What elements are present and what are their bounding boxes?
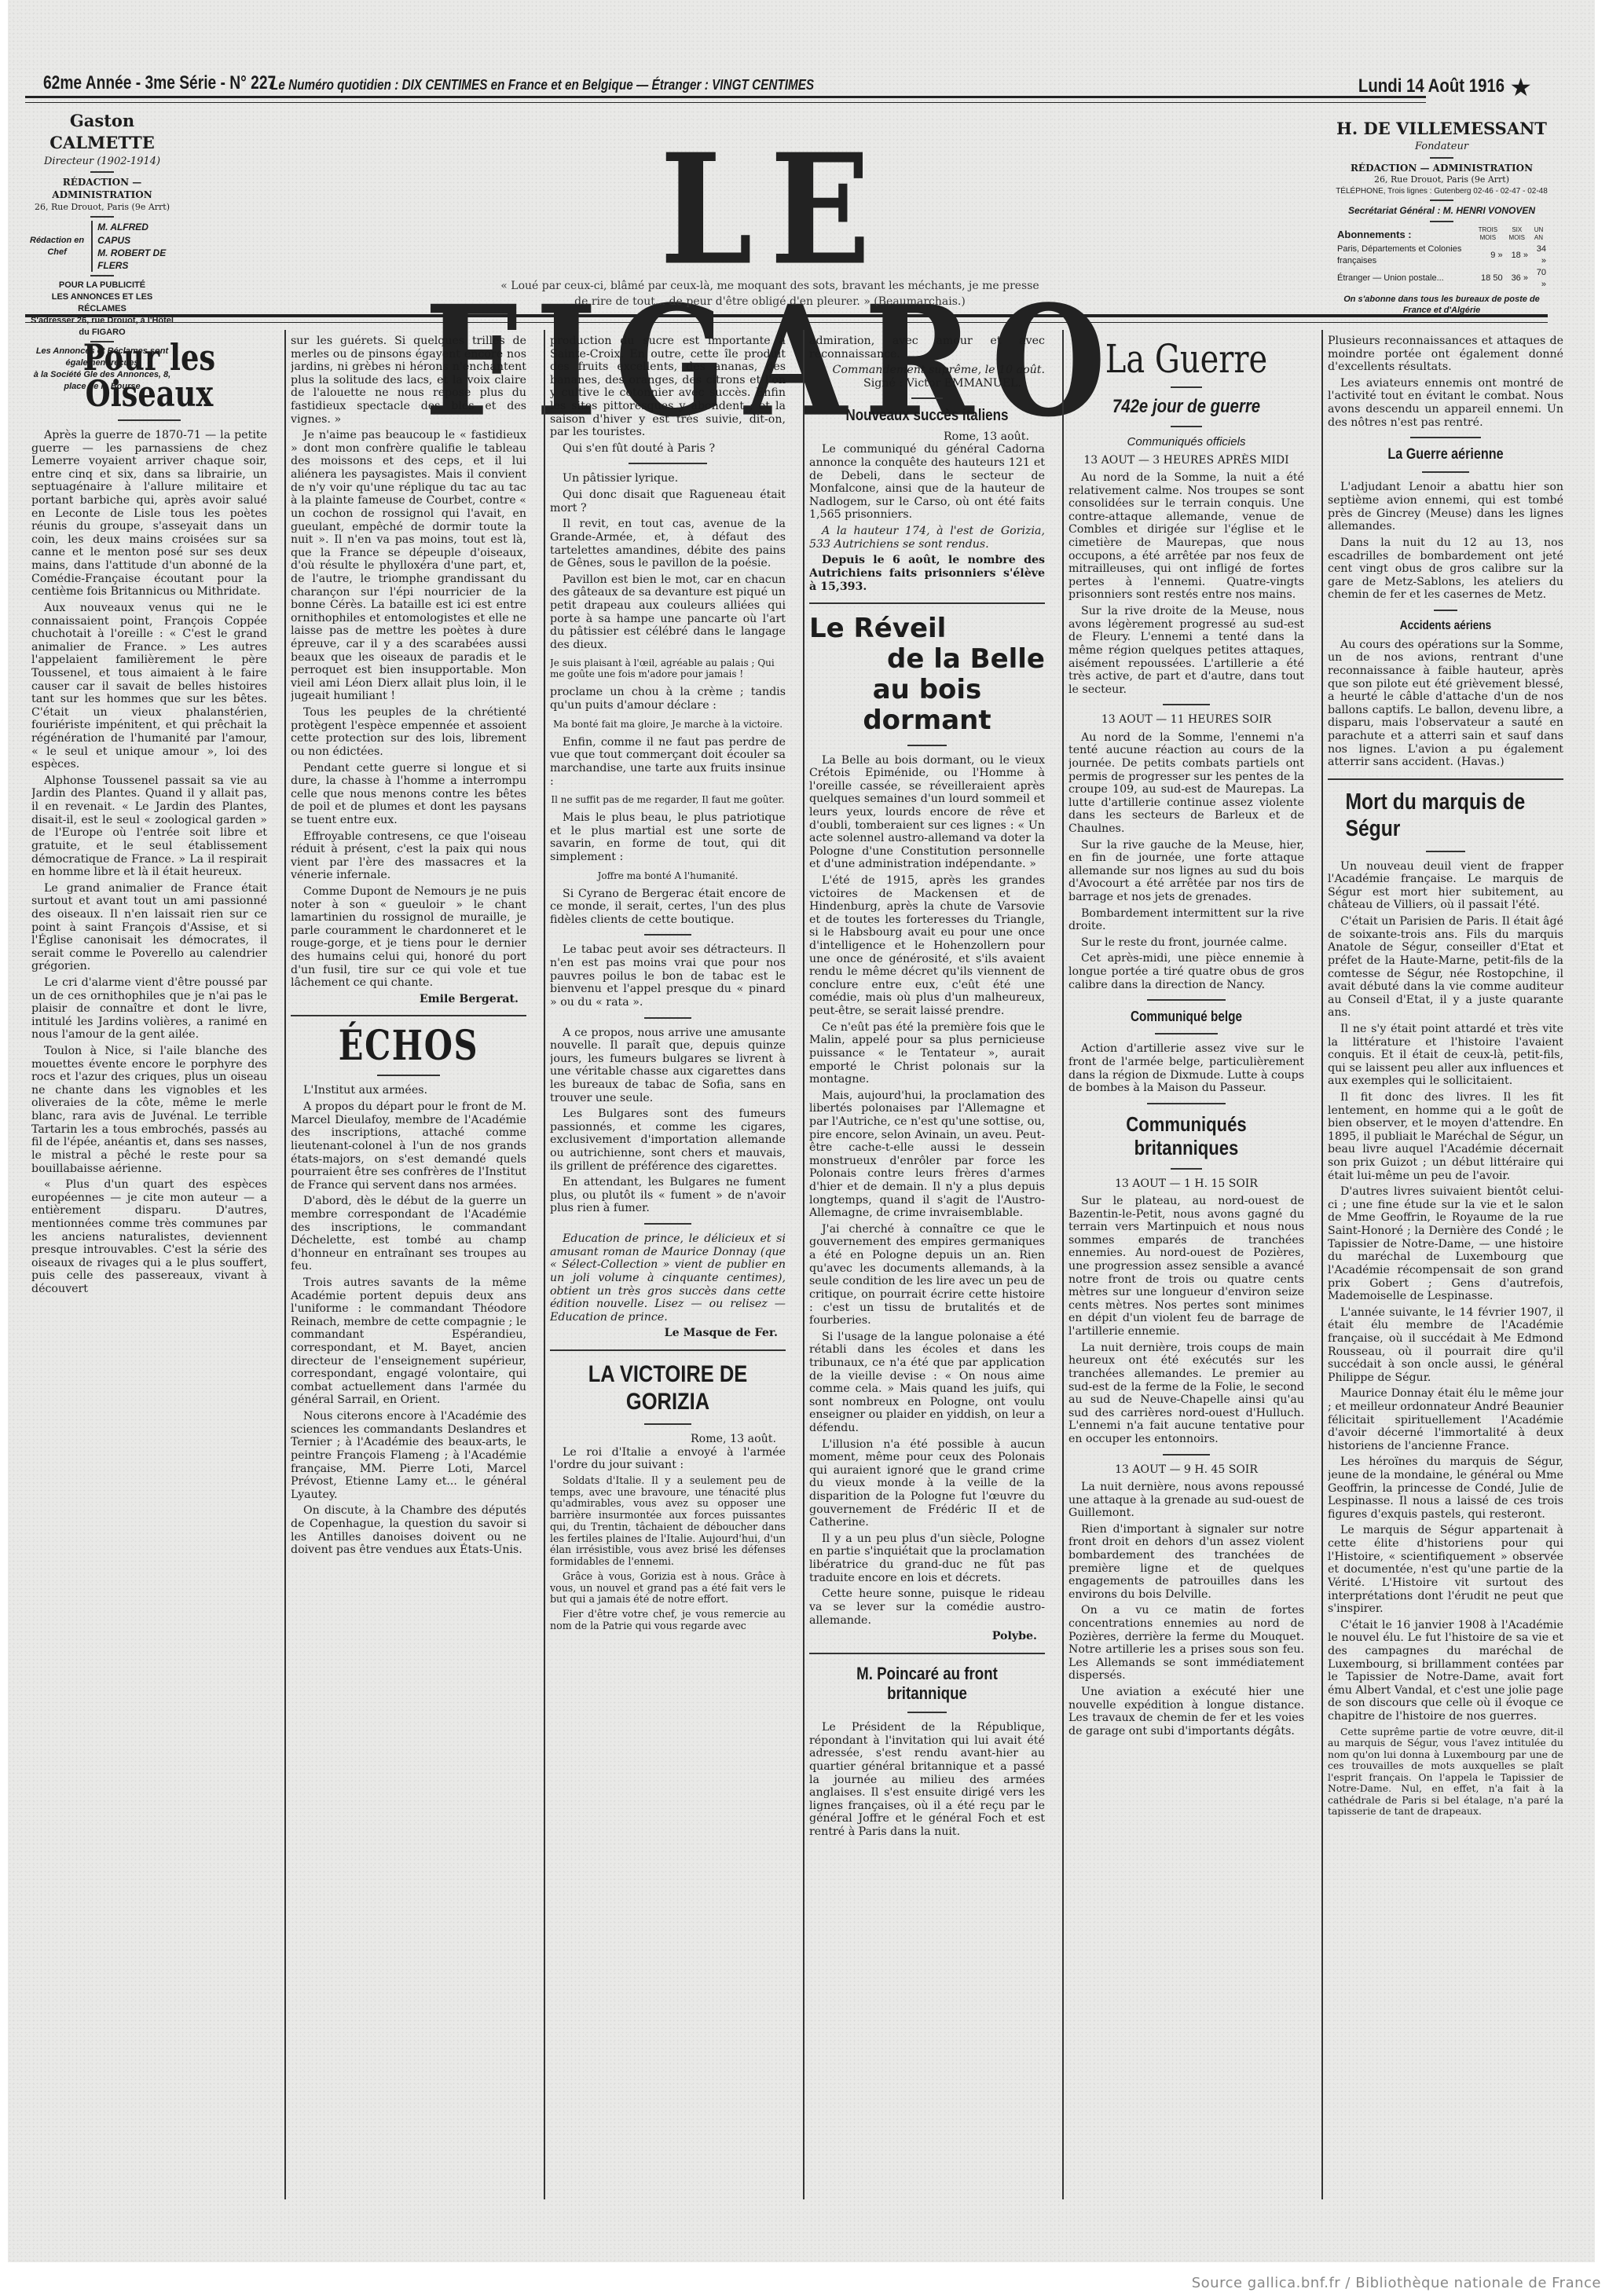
dateline: 13 AOUT — 11 HEURES SOIR (1068, 713, 1304, 726)
chef-label: Rédaction en Chef (27, 235, 86, 258)
paragraph: production du sucre est importante à Sai… (550, 335, 786, 439)
ornament-divider (907, 745, 947, 746)
ornament-divider (1410, 437, 1481, 438)
paragraph: Depuis le 6 août, le nombre des Autrichi… (809, 554, 1045, 593)
paragraph: C'était un Parisien de Paris. Il était â… (1328, 915, 1563, 1020)
paragraph: Je n'aime pas beaucoup le « fastidieux »… (291, 429, 526, 703)
headline-poincare: M. Poincaré au front britannique (827, 1664, 1028, 1704)
paragraph: Qui s'en fût douté à Paris ? (550, 442, 786, 456)
wave-divider (809, 602, 1045, 604)
ornament-divider (1147, 1103, 1226, 1104)
paragraph: Au nord de la Somme, l'ennemi n'a tenté … (1068, 731, 1304, 836)
paragraph: L'illusion n'a été possible à aucun mome… (809, 1438, 1045, 1529)
abonnements-label: Abonnements : (1336, 225, 1472, 244)
paragraph: Au cours des opérations sur la Somme, un… (1328, 639, 1563, 769)
price-cell: 18 50 (1472, 267, 1504, 291)
star-icon: ★ (1509, 72, 1532, 102)
ornament-divider (1171, 386, 1202, 388)
wave-divider (550, 1349, 786, 1351)
verse: Joffre ma bonté A l'humanité. (550, 870, 786, 881)
paragraph: Si Cyrano de Bergerac était encore de ce… (550, 888, 786, 927)
paragraph: Cette suprême partie de votre œuvre, dit… (1328, 1727, 1563, 1818)
column-rule (284, 330, 286, 2199)
price-cell: 9 » (1472, 244, 1504, 267)
paragraph: proclame un chou à la crème ; tandis qu'… (550, 686, 786, 712)
paragraph: Le grand animalier de France était surto… (31, 882, 267, 973)
headline-succes-italiens: Nouveaux succès italiens (827, 407, 1028, 425)
dateline: Rome, 13 août. (809, 430, 1029, 444)
paragraph: Les Bulgares sont des fumeurs passionnés… (550, 1108, 786, 1173)
headline-segur: Mort du marquis de Ségur (1346, 789, 1546, 843)
masthead-right: H. DE VILLEMESSANT Fondateur RÉDACTION —… (1336, 118, 1548, 317)
divider (644, 1017, 691, 1019)
paragraph: On discute, à la Chambre des députés de … (291, 1504, 526, 1556)
paragraph: Soldats d'Italie. Il y a seulement peu d… (550, 1475, 786, 1568)
divider (1163, 704, 1210, 705)
telephone: TÉLÉPHONE, Trois lignes : Gutenberg 02-4… (1336, 186, 1548, 197)
ornament-divider (1155, 1033, 1218, 1034)
dateline: 13 AOUT — 9 H. 45 SOIR (1068, 1463, 1304, 1476)
subscription-table: Abonnements : TROIS MOIS SIX MOIS UN AN … (1336, 225, 1548, 291)
subscription-note: On s'abonne dans tous les bureaux de pos… (1336, 294, 1548, 317)
subscription-row: Paris, Départements et Colonies français… (1336, 244, 1548, 267)
paragraph: L'été de 1915, après les grandes victoir… (809, 874, 1045, 1018)
paragraph: Rien d'important à signaler sur notre fr… (1068, 1523, 1304, 1602)
paragraph: Qui donc disait que Ragueneau était mort… (550, 489, 786, 514)
paragraph: D'abord, dès le début de la guerre un me… (291, 1195, 526, 1273)
paragraph: Il revit, en tout cas, avenue de la Gran… (550, 518, 786, 569)
founder-name: H. DE VILLEMESSANT (1336, 118, 1548, 140)
columns: Pour les Oiseaux Après la guerre de 1870… (31, 330, 1556, 2199)
subheading: L'Institut aux armées. (291, 1084, 526, 1097)
paragraph: Enfin, comme il ne faut pas perdre de vu… (550, 736, 786, 788)
ornament-divider (1430, 200, 1453, 201)
ornament-divider (1430, 221, 1453, 222)
wave-divider (1328, 778, 1563, 780)
column-6: Plusieurs reconnaissances et attaques de… (1328, 330, 1563, 2199)
ornament-divider (1171, 426, 1202, 427)
paragraph: Il ne s'y était point attardé et très vi… (1328, 1023, 1563, 1088)
paragraph: Action d'artillerie assez vive sur le fr… (1068, 1042, 1304, 1094)
jour-de-guerre: 742e jour de guerre (1087, 396, 1287, 418)
paragraph: En attendant, les Bulgares ne fument plu… (550, 1176, 786, 1215)
ornament-divider (1171, 1168, 1202, 1170)
column-2: sur les guérets. Si quelques trilles de … (291, 330, 526, 2199)
paragraph: Education de prince, le délicieux et si … (550, 1232, 786, 1324)
source-credit: Source gallica.bnf.fr / Bibliothèque nat… (1192, 2275, 1601, 2291)
paragraph: L'adjudant Lenoir a abattu hier son sept… (1328, 481, 1563, 533)
divider (1163, 1454, 1210, 1456)
paragraph: Toulon à Nice, si l'aile blanche des mou… (31, 1045, 267, 1175)
ornament-divider (90, 171, 114, 173)
ornament-divider (1147, 999, 1226, 1001)
paragraph: La nuit dernière, trois coups de main he… (1068, 1342, 1304, 1446)
chef-name-1: M. ALFRED CAPUS (97, 221, 177, 246)
paragraph: Le marquis de Ségur appartenait à cette … (1328, 1524, 1563, 1615)
paragraph: Les aviateurs ennemis ont montré de l'ac… (1328, 377, 1563, 429)
wave-divider (291, 1015, 526, 1016)
issue-number: 62me Année - 3me Série - N° 227 (43, 72, 276, 94)
paragraph: A propos du départ pour le front de M. M… (291, 1100, 526, 1192)
paragraph: On a vu ce matin de fortes concentration… (1068, 1604, 1304, 1683)
paragraph: Nous citerons encore à l'Académie des sc… (291, 1410, 526, 1501)
row-label: Étranger — Union postale... (1336, 267, 1472, 291)
paragraph: Comme Dupont de Nemours je ne puis noter… (291, 885, 526, 990)
paragraph: Le communiqué du général Cadorna annonce… (809, 443, 1045, 522)
headline-communique-belge: Communiqué belge (1087, 1009, 1287, 1025)
redaction-label: RÉDACTION — ADMINISTRATION (27, 176, 177, 201)
chef-name-2: M. ROBERT DE FLERS (97, 247, 177, 272)
paragraph: Il y a un peu plus d'un siècle, Pologne … (809, 1532, 1045, 1584)
signature-bergerat: Emile Bergerat. (291, 993, 519, 1006)
column-rule (803, 330, 804, 2199)
ornament-divider (907, 1712, 947, 1713)
redaction-label: RÉDACTION — ADMINISTRATION (1336, 162, 1548, 174)
paragraph: Au nord de la Somme, la nuit a été relat… (1068, 471, 1304, 602)
paragraph: C'était le 16 janvier 1908 à l'Académie … (1328, 1619, 1563, 1723)
price-cell: 34 » (1530, 244, 1548, 267)
paragraph: sur les guérets. Si quelques trilles de … (291, 335, 526, 426)
ornament-divider (377, 1075, 440, 1076)
paragraph: Grâce à vous, Gorizia est à nous. Grâce … (550, 1571, 786, 1606)
row-label: Paris, Départements et Colonies français… (1336, 244, 1472, 267)
ornament-divider (1426, 851, 1465, 852)
paragraph: Les héroïnes du marquis de Ségur, jeune … (1328, 1456, 1563, 1521)
motto: « Loué par ceux-ci, blâmé par ceux-là, m… (495, 279, 1045, 309)
divider (1434, 610, 1457, 611)
headline-echos: ÉCHOS (314, 1026, 503, 1067)
paragraph: A la hauteur 174, à l'est de Gorizia, 53… (809, 525, 1045, 551)
headline-la-guerre: La Guerre (1092, 339, 1281, 379)
ornament-divider (644, 1423, 691, 1425)
signature-polybe: Polybe. (809, 1630, 1037, 1643)
pub-line-2: LES ANNONCES ET LES RÉCLAMES (27, 291, 177, 315)
paragraph: Sur la rive droite de la Meuse, nous avo… (1068, 605, 1304, 696)
communiques-officiels: Communiqués officiels (1068, 435, 1304, 449)
director-name: Gaston CALMETTE (27, 110, 177, 155)
paragraph: Ce n'eût pas été la première fois que le… (809, 1021, 1045, 1086)
paragraph: Mais le plus beau, le plus patriotique e… (550, 811, 786, 863)
chef-names: M. ALFRED CAPUS M. ROBERT DE FLERS (91, 221, 177, 272)
paragraph: Plusieurs reconnaissances et attaques de… (1328, 335, 1563, 374)
headline-line: au bois dormant (809, 675, 1045, 736)
paragraph: Le tabac peut avoir ses détracteurs. Il … (550, 943, 786, 1009)
paragraph: Sur la rive gauche de la Meuse, hier, en… (1068, 839, 1304, 904)
signature-victor-emmanuel: Signé : Victor EMMANUEL. (809, 377, 1021, 390)
dateline: Rome, 13 août. (550, 1433, 776, 1446)
paragraph: Le roi d'Italie a envoyé à l'armée l'ord… (550, 1446, 786, 1472)
column-4: admiration, avec amour et avec reconnais… (809, 330, 1045, 2199)
signature-masque: Le Masque de Fer. (550, 1327, 778, 1340)
paragraph: Pavillon est bien le mot, car en chacun … (550, 573, 786, 652)
paragraph: Fier d'être votre chef, je vous remercie… (550, 1609, 786, 1631)
paragraph: Un nouveau deuil vient de frapper l'Acad… (1328, 860, 1563, 912)
ornament-divider (1430, 157, 1453, 159)
paragraph: Bombardement intermittent sur la rive dr… (1068, 907, 1304, 933)
paragraph: Alphonse Toussenel passait sa vie au Jar… (31, 774, 267, 879)
price-cell: 70 » (1530, 267, 1548, 291)
paragraph: Cet après-midi, une pièce ennemie à long… (1068, 952, 1304, 991)
verse: Je suis plaisant à l'œil, agréable au pa… (550, 657, 786, 679)
paragraph: A ce propos, nous arrive une amusante no… (550, 1027, 786, 1105)
col-header: TROIS MOIS (1472, 225, 1504, 244)
headline-line: de la Belle (809, 644, 1045, 675)
column-rule (544, 330, 545, 2199)
wave-divider (809, 1653, 1045, 1654)
subheading: Un pâtissier lyrique. (550, 472, 786, 485)
paragraph: Trois autres savants de la même Académie… (291, 1276, 526, 1407)
divider (644, 934, 691, 936)
ornament-divider (90, 275, 114, 276)
ornament-divider (629, 463, 707, 464)
founder-role: Fondateur (1336, 140, 1548, 154)
headline-gorizia: LA VICTOIRE DE GORIZIA (568, 1360, 768, 1415)
ornament-divider (1422, 471, 1469, 473)
paragraph: Maurice Donnay était élu le même jour ; … (1328, 1387, 1563, 1452)
paragraph: Une aviation a exécuté hier une nouvelle… (1068, 1686, 1304, 1738)
command-line: Commandement suprême, le 10 août. (809, 364, 1045, 377)
ornament-divider (118, 419, 181, 421)
paragraph: Il fit donc des livres. Il les fit lente… (1328, 1091, 1563, 1182)
paragraph: Effroyable contresens, ce que l'oiseau r… (291, 830, 526, 882)
secretariat: Secrétariat Général : M. HENRI VONOVEN (1336, 204, 1548, 217)
column-3: production du sucre est importante à Sai… (550, 330, 786, 2199)
paragraph: Dans la nuit du 12 au 13, nos escadrille… (1328, 536, 1563, 602)
paragraph: Cette heure sonne, puisque le rideau va … (809, 1587, 1045, 1627)
headline-oiseaux: Pour les Oiseaux (55, 339, 244, 412)
paragraph: Sur le plateau, au nord-ouest de Bazenti… (1068, 1195, 1304, 1338)
pub-line-1: POUR LA PUBLICITÉ (27, 280, 177, 291)
motto-line-2: de rire de tout... de peur d'être obligé… (495, 295, 1045, 310)
paragraph: La Belle au bois dormant, ou le vieux Cr… (809, 754, 1045, 871)
headline-reveil: Le Réveil de la Belle au bois dormant (809, 613, 1045, 736)
masthead-bottom-rule (25, 314, 1548, 323)
divider (644, 1223, 691, 1225)
headline-line: Le Réveil (809, 613, 1045, 644)
headline-accidents-aeriens: Accidents aériens (1346, 619, 1546, 634)
paragraph: D'autres livres suivaient bientôt celui-… (1328, 1185, 1563, 1302)
paragraph: « Plus d'un quart des espèces européenne… (31, 1178, 267, 1295)
paragraph: admiration, avec amour et avec reconnais… (809, 335, 1045, 361)
paragraph: Sur le reste du front, journée calme. (1068, 936, 1304, 950)
divider (911, 397, 943, 399)
headline-guerre-aerienne: La Guerre aérienne (1346, 446, 1546, 463)
column-5: La Guerre 742e jour de guerre Communiqué… (1068, 330, 1304, 2199)
paragraph: Pendant cette guerre si longue et si dur… (291, 762, 526, 827)
issue-date: Lundi 14 Août 1916 (1358, 75, 1505, 97)
paragraph: L'année suivante, le 14 février 1907, il… (1328, 1306, 1563, 1385)
headline-communiques-britanniques: Communiqués britanniques (1087, 1112, 1287, 1160)
top-rule (25, 96, 1426, 103)
price-cell: 36 » (1505, 267, 1530, 291)
paragraph: Aux nouveaux venus qui ne le connaissaie… (31, 602, 267, 771)
verse: Il ne suffit pas de me regarder, Il faut… (550, 794, 786, 805)
dateline: 13 AOUT — 1 H. 15 SOIR (1068, 1177, 1304, 1190)
address: 26, Rue Drouot, Paris (9e Arrt) (1336, 174, 1548, 186)
director-role: Directeur (1902-1914) (27, 155, 177, 169)
column-rule (1062, 330, 1064, 2199)
subscription-row: Étranger — Union postale... 18 50 36 » 7… (1336, 267, 1548, 291)
paragraph: La nuit dernière, nous avons repoussé un… (1068, 1481, 1304, 1520)
paragraph: Mais, aujourd'hui, la proclamation des l… (809, 1089, 1045, 1220)
column-1: Pour les Oiseaux Après la guerre de 1870… (31, 330, 267, 2199)
newspaper-page: 62me Année - 3me Série - N° 227 Le Numér… (8, 0, 1595, 2262)
price-notice: Le Numéro quotidien : DIX CENTIMES en Fr… (271, 77, 814, 93)
redaction-chef: Rédaction en Chef M. ALFRED CAPUS M. ROB… (27, 221, 177, 272)
paragraph: Après la guerre de 1870-71 — la petite g… (31, 429, 267, 599)
dateline: 13 AOUT — 3 HEURES APRÈS MIDI (1068, 454, 1304, 467)
paragraph: Le cri d'alarme vient d'être poussé par … (31, 976, 267, 1042)
col-header: SIX MOIS (1505, 225, 1530, 244)
motto-line-1: « Loué par ceux-ci, blâmé par ceux-là, m… (495, 279, 1045, 295)
verse: Ma bonté fait ma gloire, Je marche à la … (550, 719, 786, 730)
paragraph: Si l'usage de la langue polonaise a été … (809, 1331, 1045, 1435)
ornament-divider (90, 216, 114, 218)
price-cell: 18 » (1505, 244, 1530, 267)
col-header: UN AN (1530, 225, 1548, 244)
paragraph: J'ai cherché à connaître ce que le gouve… (809, 1223, 1045, 1327)
paragraph: Tous les peuples de la chrétienté protèg… (291, 706, 526, 758)
address: 26, Rue Drouot, Paris (9e Arrt) (27, 202, 177, 214)
column-rule (1321, 330, 1323, 2199)
paragraph: Le Président de la République, répondant… (809, 1721, 1045, 1838)
